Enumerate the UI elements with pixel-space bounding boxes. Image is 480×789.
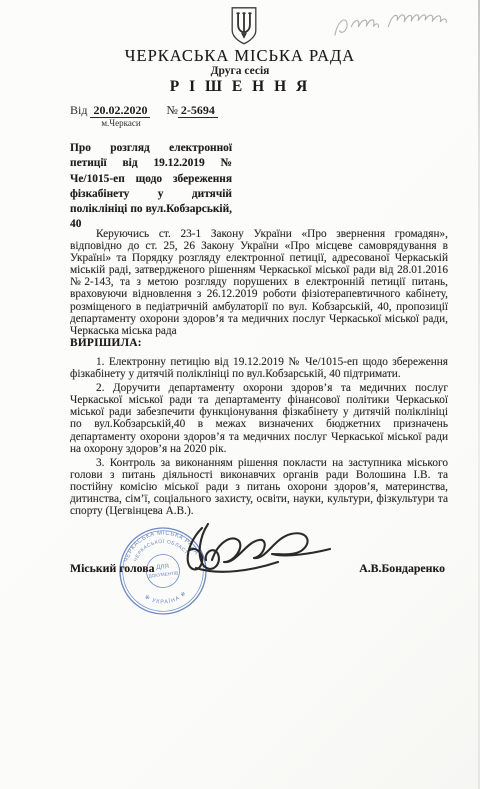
stamp-ring-bottom-text: ✻ УКРАЇНА ✻: [143, 589, 189, 607]
document-body: Керуючись ст. 23-1 Закону України «Про з…: [70, 228, 448, 517]
resolution-item-1: 1. Електронну петицію від 19.12.2019 № Ч…: [70, 356, 448, 380]
session-subtitle: Друга сесія: [0, 65, 480, 77]
date-number-row: Від 20.02.2020 №2-5694: [70, 103, 218, 118]
organization-title: ЧЕРКАСЬКА МІСЬКА РАДА: [0, 46, 480, 66]
signer-name: А.В.Бондаренко: [359, 561, 445, 576]
date-label: Від: [70, 103, 87, 117]
subject-block: Про розгляд електронної петиції від 19.1…: [70, 141, 232, 233]
number-label: №: [166, 103, 177, 117]
number-value: 2-5694: [178, 103, 218, 118]
signature-row: Міський голова А.В.Бондаренко: [70, 561, 445, 576]
scanned-document-page: ЧЕРКАСЬКА МІСЬКА РАДА Друга сесія Р І Ш …: [0, 0, 480, 789]
signer-title: Міський голова: [70, 561, 155, 576]
handwritten-note: [325, 0, 462, 48]
resolution-item-3: 3. Контроль за виконанням рішення поклас…: [70, 457, 448, 517]
preamble-paragraph: Керуючись ст. 23-1 Закону України «Про з…: [70, 228, 448, 337]
resolution-item-2: 2. Доручити департаменту охорони здоров’…: [70, 382, 448, 455]
resolved-word: ВИРІШИЛА:: [70, 337, 448, 349]
svg-text:✻ УКРАЇНА ✻: ✻ УКРАЇНА ✻: [143, 589, 189, 607]
city-label: м.Черкаси: [88, 118, 154, 128]
date-value: 20.02.2020: [90, 103, 150, 118]
document-type-title: Р І Ш Е Н Н Я: [0, 78, 480, 96]
tryzub-shield-icon: [226, 6, 262, 46]
